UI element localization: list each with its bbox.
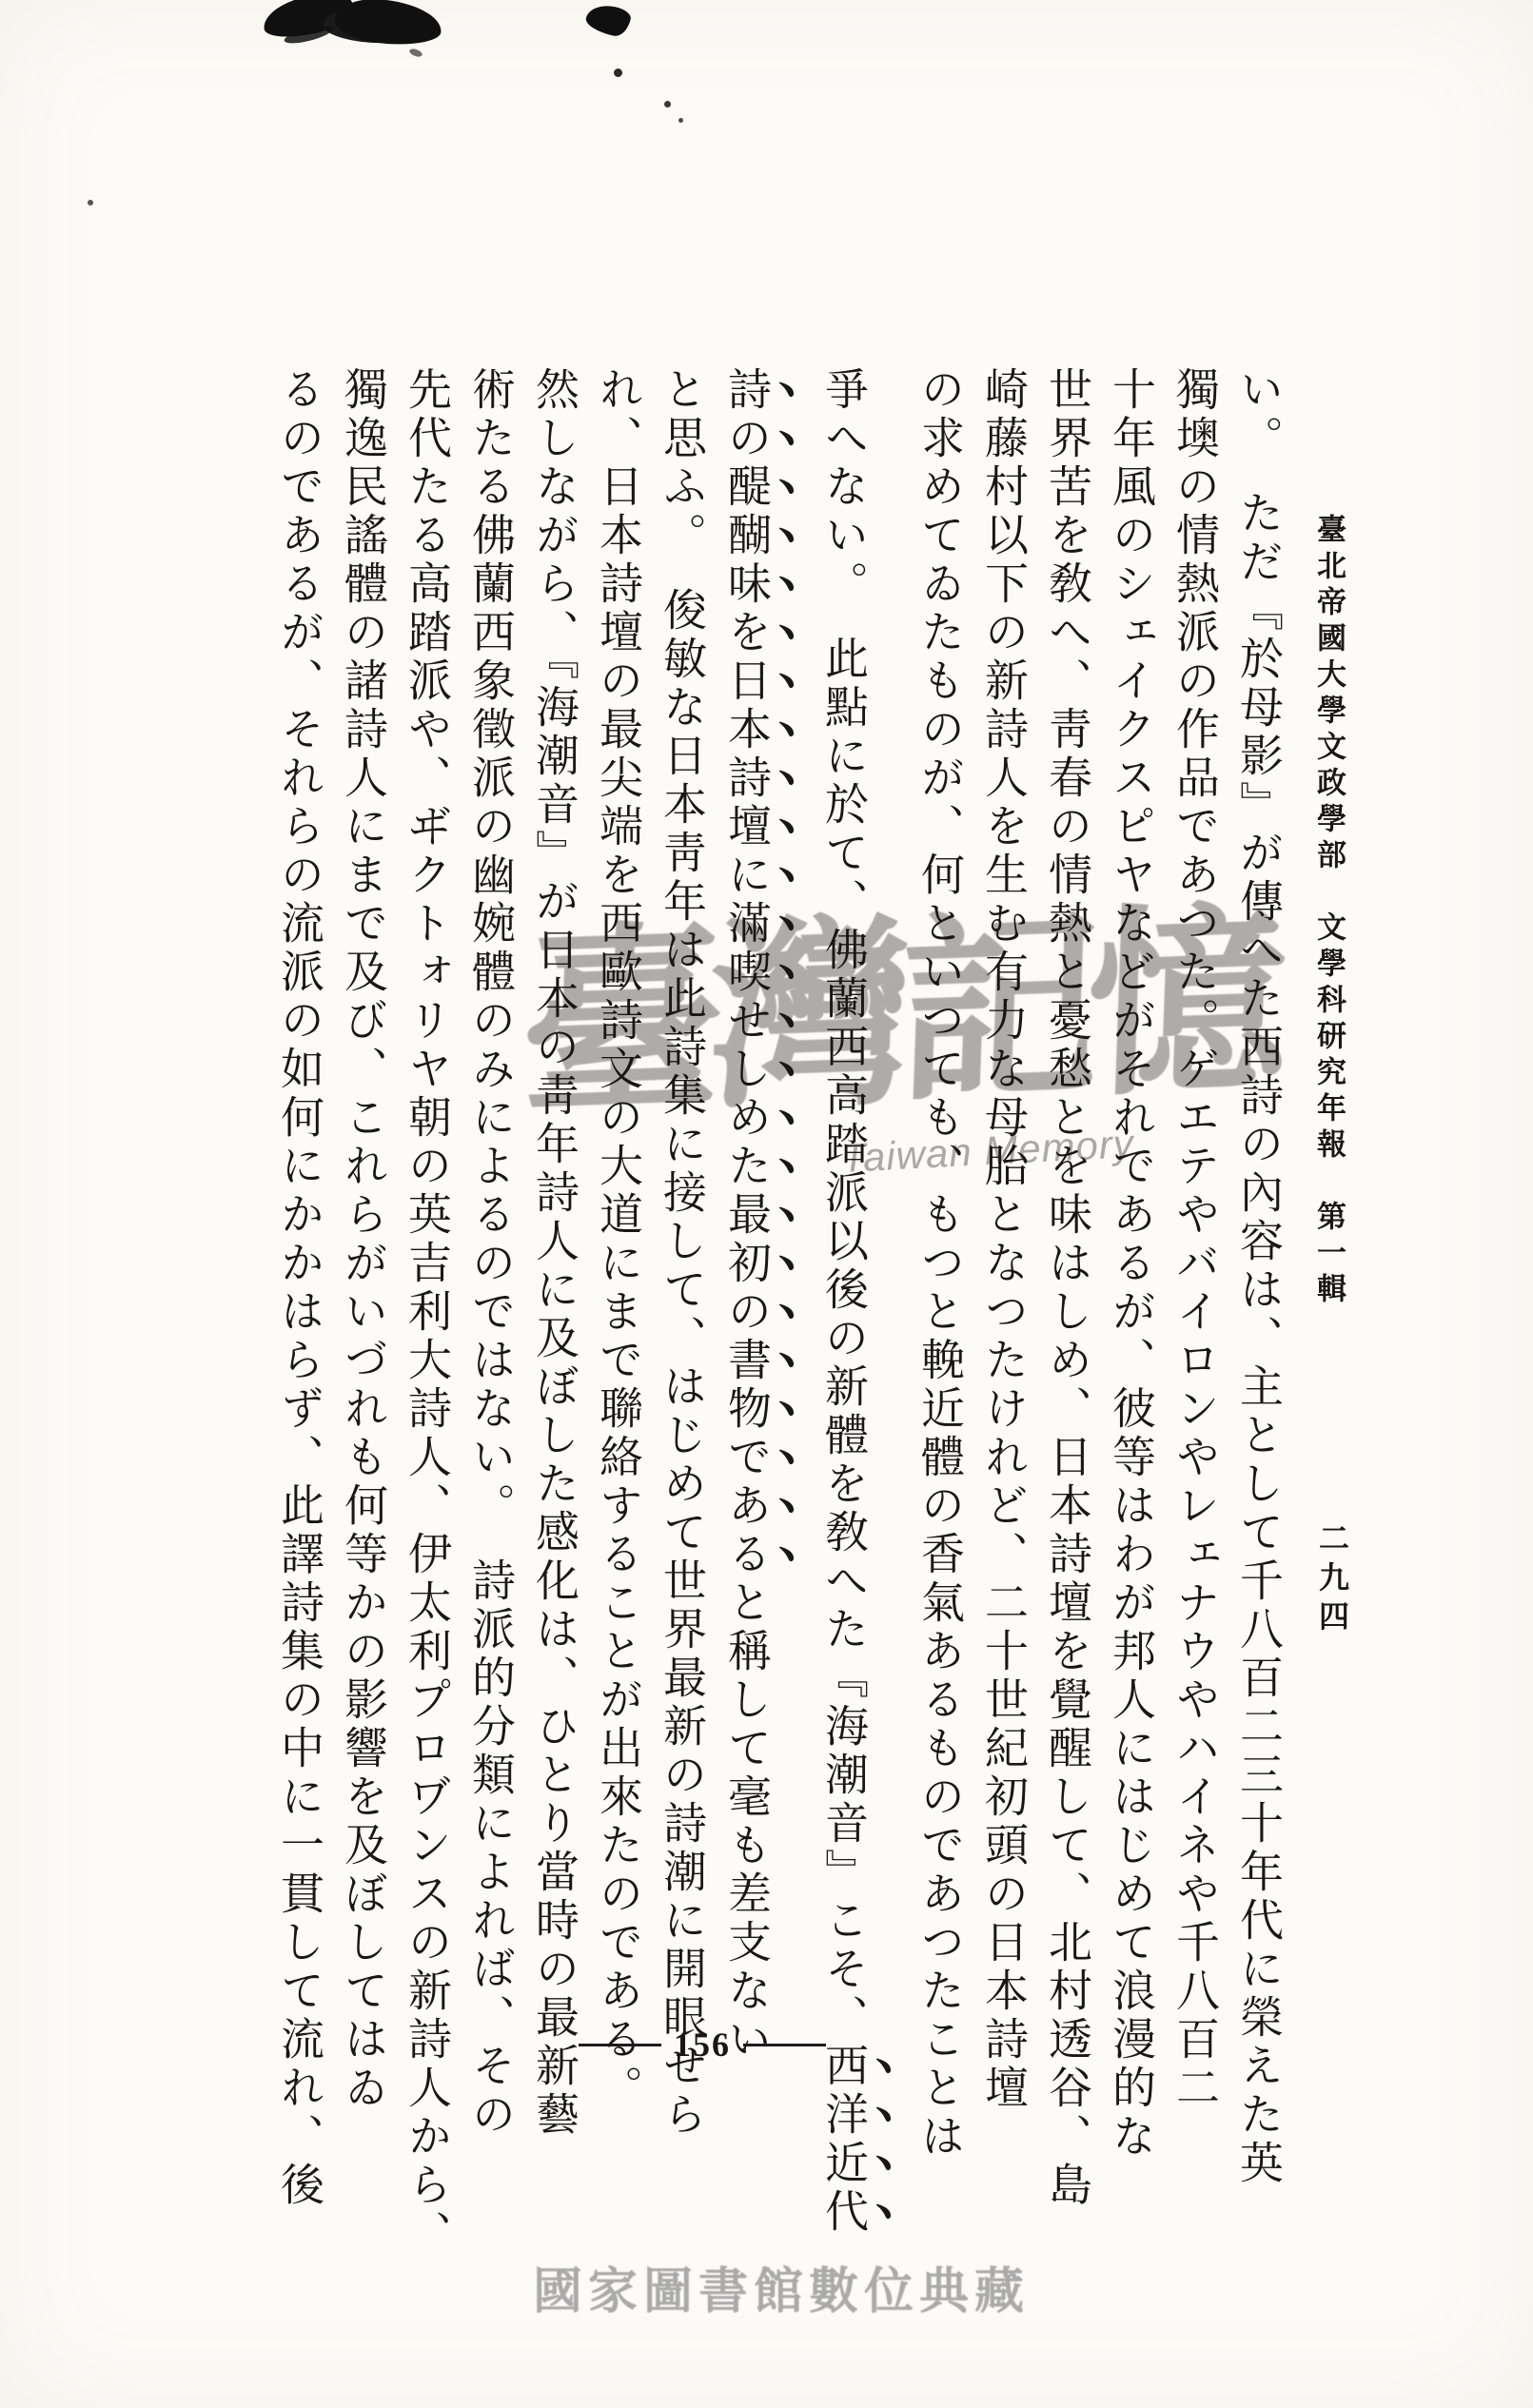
body-text: 十年風のシェイクスピヤなどがそれであるが、彼等はわが邦人にはじめて浪漫的な [1107,366,1155,2162]
footer-rule-right [743,2044,826,2046]
text-column: 獨墺の情熱派の作品であつた。ゲエテやバイロンやレェナウやハイネや千八百二 [1171,366,1218,2155]
ink-smudge [334,0,443,48]
ink-smudge [583,2,632,39]
text-column: 爭へない。 此點に於て、佛蘭西高踏派以後の新體を敎へた『海潮音』こそ、西洋近代 [819,366,899,2155]
body-text: 術たる佛蘭西象徵派の幽婉體のみによるのではない。 詩派的分類によれば、その [466,366,515,2140]
body-text: 獨墺の情熱派の作品であつた。ゲエテやバイロンやレェナウやハイネや千八百二 [1170,366,1219,2113]
body-text: れ、日本詩壇の最尖端を西歐詩文の大道にまで聯絡することが出來たのである。 [594,366,642,2113]
body-text: 世界苦を敎へ、靑春の情熱と憂愁とを味はしめ、日本詩壇を覺醒して、北村透谷、島 [1043,366,1091,2210]
body-text: るのであるが、それらの流派の如何にかかはらず、此譯詩集の中に一貫して流れ、後 [275,366,324,2210]
body-text-columns: い。 ただ『於母影』が傳へた西詩の內容は、主として千八百二三十年代に榮えた英獨墺… [259,366,1299,2155]
footer-rule-left [579,2044,661,2046]
body-text: 爭へない。 此點に於て、佛蘭西高踏派以後の新體を敎へた『海潮音』こそ、 [819,366,868,2043]
text-column: 獨逸民謠體の諸詩人にまで及び、これらがいづれも何等かの影響を及ぼしてはゐ [340,366,386,2155]
body-text: の求めてゐたものが、何といつても、もつと輓近體の香氣あるものであつたことは [915,366,964,2162]
ink-speck [678,118,683,123]
journal-margin-page-number: 二九四 [1310,1522,1354,1639]
ink-speck [664,101,671,108]
ink-speck [614,69,622,77]
body-text: と思ふ。 俊敏な日本靑年は此詩集に接して、はじめて世界最新の詩潮に開眼せら [658,366,706,2140]
ink-speck [88,200,93,206]
body-text: 崎藤村以下の新詩人を生む有力な母胎となつたけれど、二十世紀初頭の日本詩壇 [979,366,1028,2113]
journal-margin-header: 臺北帝國大學文政學部 文學科研究年報 第一輯 [1307,514,1350,1465]
text-column: れ、日本詩壇の最尖端を西歐詩文の大道にまで聯絡することが出來たのである。 [595,366,641,2155]
text-column: 世界苦を敎へ、靑春の情熱と憂愁とを味はしめ、日本詩壇を覺醒して、北村透谷、島 [1044,366,1091,2155]
body-text: い。 ただ『於母影』が傳へた西詩の內容は、主として千八百二三十年代に榮えた英 [1234,366,1283,2188]
emphasized-text: 詩の醍醐味を日本詩壇に滿喫せしめた最初の書物である [722,366,771,1579]
body-text: 獨逸民謠體の諸詩人にまで及び、これらがいづれも何等かの影響を及ぼしてはゐ [339,366,387,2113]
body-text: 然しながら、『海潮音』が日本の靑年詩人に及ぼした感化は、ひとり當時の最新藝 [530,366,579,2140]
body-text: と稱して毫も差支ない [722,1579,771,2065]
library-watermark: 國家圖書館數位典藏 [533,2251,1030,2322]
text-column: の求めてゐたものが、何といつても、もつと輓近體の香氣あるものであつたことは [916,366,963,2155]
page-footer: 156 [579,2025,826,2065]
body-text: 先代たる高踏派や、ヸクトォリヤ朝の英吉利大詩人、伊太利プロヷンスの新詩人から、 [403,366,451,2259]
text-column: 崎藤村以下の新詩人を生む有力な母胎となつたけれど、二十世紀初頭の日本詩壇 [980,366,1027,2155]
scanned-page: 臺灣記憶 Taiwan Memory 臺北帝國大學文政學部 文學科研究年報 第一… [0,0,1533,2408]
text-column: い。 ただ『於母影』が傳へた西詩の內容は、主として千八百二三十年代に榮えた英 [1235,366,1282,2155]
text-column: 先代たる高踏派や、ヸクトォリヤ朝の英吉利大詩人、伊太利プロヷンスの新詩人から、 [403,366,450,2155]
text-column: と思ふ。 俊敏な日本靑年は此詩集に接して、はじめて世界最新の詩潮に開眼せら [658,366,705,2155]
text-column: 十年風のシェイクスピヤなどがそれであるが、彼等はわが邦人にはじめて浪漫的な [1108,366,1154,2155]
text-column: 詩の醍醐味を日本詩壇に滿喫せしめた最初の書物であると稱して毫も差支ない [722,366,802,2155]
page-number: 156 [674,2025,731,2065]
emphasized-text: 西洋近代 [819,2043,868,2237]
text-column: るのであるが、それらの流派の如何にかかはらず、此譯詩集の中に一貫して流れ、後 [276,366,323,2155]
text-column: 然しながら、『海潮音』が日本の靑年詩人に及ぼした感化は、ひとり當時の最新藝 [531,366,578,2155]
ink-speck [408,48,423,58]
text-column: 術たる佛蘭西象徵派の幽婉體のみによるのではない。 詩派的分類によれば、その [467,366,514,2155]
